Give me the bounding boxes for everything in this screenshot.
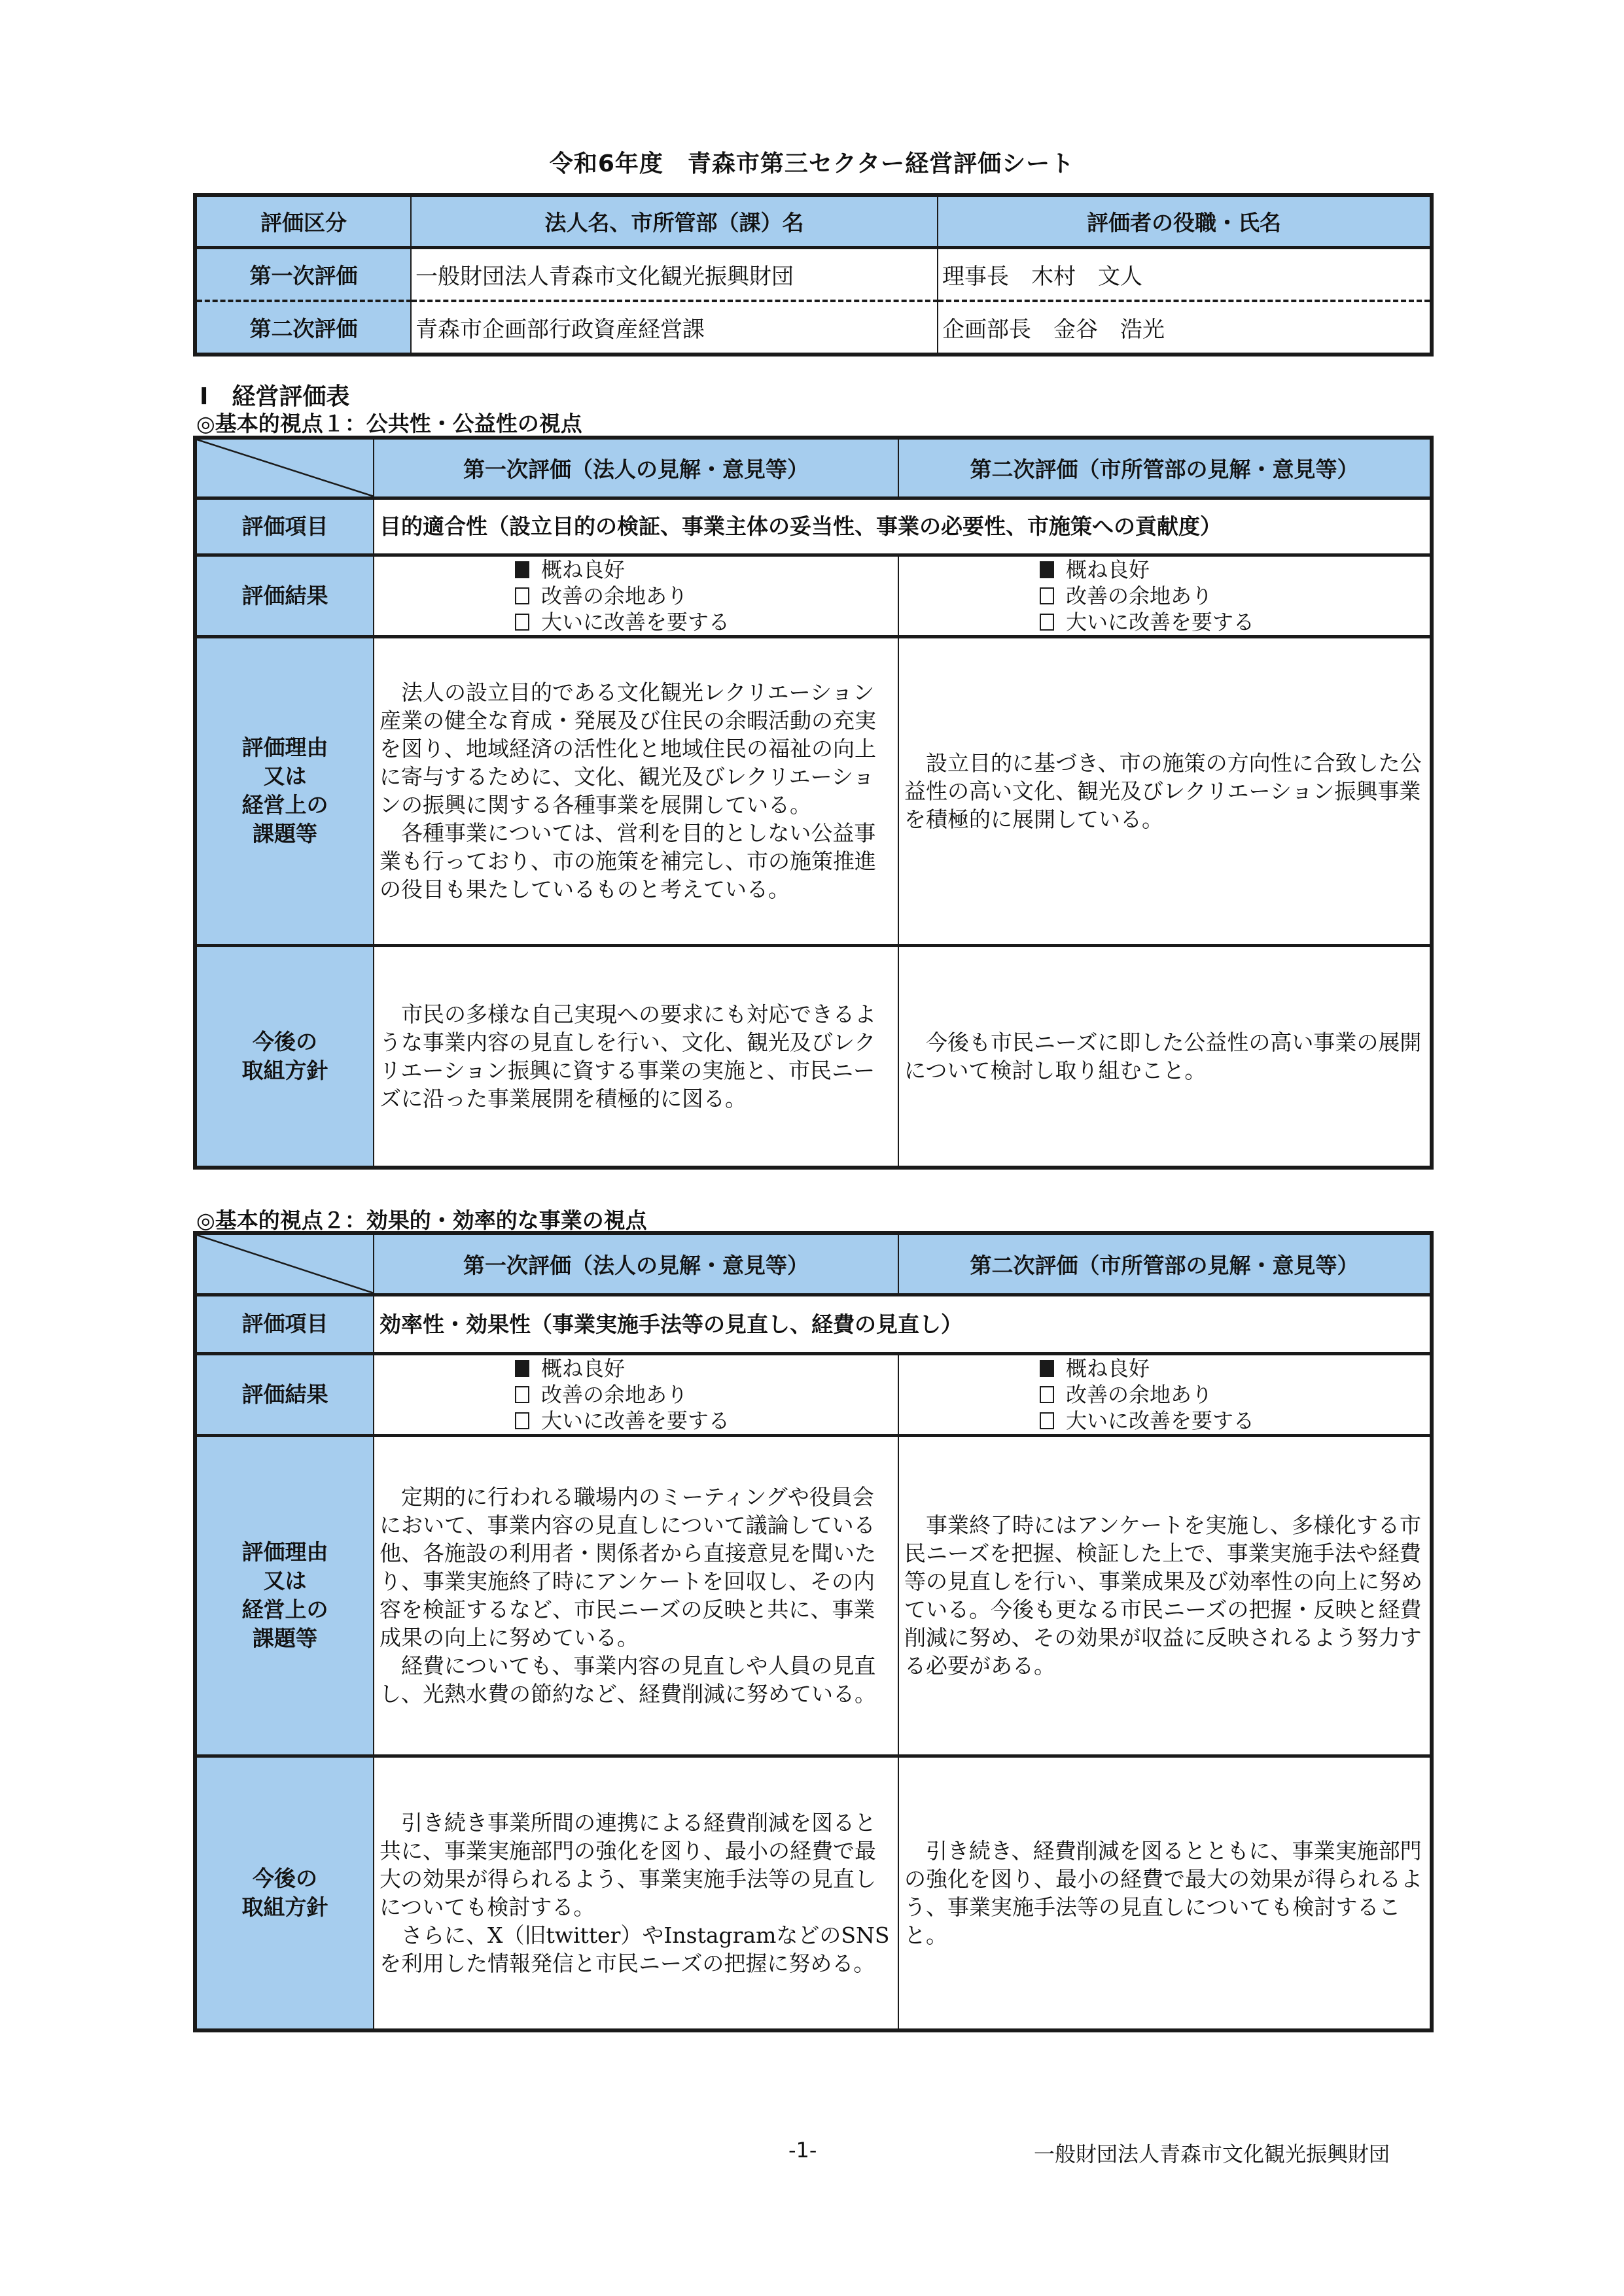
- checked-box-icon: [1040, 1360, 1054, 1377]
- column-header-second: 第二次評価（市所管部の見解・意見等）: [898, 438, 1432, 498]
- header-evaluator: 評価者の役職・氏名: [938, 195, 1432, 247]
- option-good[interactable]: 概ね良好: [1040, 1355, 1430, 1382]
- option-room-for-improvement[interactable]: 改善の余地あり: [515, 583, 898, 609]
- result-first: 概ね良好 改善の余地あり 大いに改善を要する: [374, 1353, 898, 1435]
- unchecked-box-icon: [1040, 587, 1054, 604]
- evaluator-row: 第二次評価 青森市企画部行政資産経営課 企画部長 金谷 浩光: [195, 301, 1432, 355]
- evaluator-row: 第一次評価 一般財団法人青森市文化観光振興財団 理事長 木村 文人: [195, 247, 1432, 301]
- reason-first: 定期的に行われる職場内のミーティングや役員会において、事業内容の見直しについて議…: [374, 1435, 898, 1756]
- evaluation-item: 効率性・効果性（事業実施手法等の見直し、経費の見直し）: [374, 1295, 1432, 1353]
- policy-first: 引き続き事業所間の連携による経費削減を図ると共に、事業実施部門の強化を図り、最小…: [374, 1756, 898, 2030]
- option-needs-major-improvement[interactable]: 大いに改善を要する: [1040, 609, 1430, 635]
- reason-second: 設立目的に基づき、市の施策の方向性に合致した公益性の高い文化、観光及びレクリエー…: [898, 636, 1432, 945]
- document-title: 令和6年度 青森市第三セクター経営評価シート: [0, 145, 1624, 179]
- column-header-second: 第二次評価（市所管部の見解・意見等）: [898, 1233, 1432, 1295]
- footer-organization: 一般財団法人青森市文化観光振興財団: [1034, 2138, 1390, 2168]
- option-good[interactable]: 概ね良好: [515, 557, 898, 583]
- header-category: 評価区分: [195, 195, 411, 247]
- diagonal-line-icon: [197, 440, 373, 496]
- organization-first: 一般財団法人青森市文化観光振興財団: [411, 247, 938, 301]
- evaluator-first: 理事長 木村 文人: [938, 247, 1432, 301]
- row-label-item: 評価項目: [195, 498, 374, 555]
- checked-box-icon: [515, 561, 529, 578]
- column-header-first: 第一次評価（法人の見解・意見等）: [374, 438, 898, 498]
- reason-first: 法人の設立目的である文化観光レクリエーション産業の健全な育成・発展及び住民の余暇…: [374, 636, 898, 945]
- evaluator-table: 評価区分 法人名、市所管部（課）名 評価者の役職・氏名 第一次評価 一般財団法人…: [193, 193, 1434, 357]
- diagonal-line-icon: [197, 1235, 373, 1293]
- option-room-for-improvement[interactable]: 改善の余地あり: [1040, 583, 1430, 609]
- page-number: -1-: [788, 2138, 817, 2163]
- viewpoint-2-heading: ◎基本的視点２：効果的・効率的な事業の視点: [196, 1204, 647, 1234]
- corner-cell: [195, 1233, 374, 1295]
- row-label-result: 評価結果: [195, 1353, 374, 1435]
- option-room-for-improvement[interactable]: 改善の余地あり: [1040, 1382, 1430, 1408]
- viewpoint-1-heading: ◎基本的視点１：公共性・公益性の視点: [196, 407, 582, 438]
- evaluation-item: 目的適合性（設立目的の検証、事業主体の妥当性、事業の必要性、市施策への貢献度）: [374, 498, 1432, 555]
- category-second: 第二次評価: [195, 301, 411, 355]
- column-header-first: 第一次評価（法人の見解・意見等）: [374, 1233, 898, 1295]
- option-good[interactable]: 概ね良好: [515, 1355, 898, 1382]
- unchecked-box-icon: [1040, 614, 1054, 631]
- policy-first: 市民の多様な自己実現への要求にも対応できるような事業内容の見直しを行い、文化、観…: [374, 945, 898, 1168]
- result-first: 概ね良好 改善の余地あり 大いに改善を要する: [374, 555, 898, 636]
- checked-box-icon: [1040, 561, 1054, 578]
- unchecked-box-icon: [515, 1386, 529, 1403]
- policy-second: 引き続き、経費削減を図るとともに、事業実施部門の強化を図り、最小の経費で最大の効…: [898, 1756, 1432, 2030]
- row-label-reason: 評価理由 又は 経営上の 課題等: [195, 1435, 374, 1756]
- row-label-reason: 評価理由 又は 経営上の 課題等: [195, 636, 374, 945]
- row-label-policy: 今後の 取組方針: [195, 945, 374, 1168]
- viewpoint-2-table: 第一次評価（法人の見解・意見等） 第二次評価（市所管部の見解・意見等） 評価項目…: [193, 1231, 1434, 2032]
- unchecked-box-icon: [1040, 1412, 1054, 1429]
- unchecked-box-icon: [515, 614, 529, 631]
- option-needs-major-improvement[interactable]: 大いに改善を要する: [515, 609, 898, 635]
- option-needs-major-improvement[interactable]: 大いに改善を要する: [1040, 1408, 1430, 1434]
- row-label-item: 評価項目: [195, 1295, 374, 1353]
- option-needs-major-improvement[interactable]: 大いに改善を要する: [515, 1408, 898, 1434]
- category-first: 第一次評価: [195, 247, 411, 301]
- unchecked-box-icon: [515, 1412, 529, 1429]
- result-second: 概ね良好 改善の余地あり 大いに改善を要する: [898, 1353, 1432, 1435]
- organization-second: 青森市企画部行政資産経営課: [411, 301, 938, 355]
- viewpoint-1-table: 第一次評価（法人の見解・意見等） 第二次評価（市所管部の見解・意見等） 評価項目…: [193, 436, 1434, 1170]
- header-organization: 法人名、市所管部（課）名: [411, 195, 938, 247]
- policy-second: 今後も市民ニーズに即した公益性の高い事業の展開について検討し取り組むこと。: [898, 945, 1432, 1168]
- checked-box-icon: [515, 1360, 529, 1377]
- row-label-result: 評価結果: [195, 555, 374, 636]
- row-label-policy: 今後の 取組方針: [195, 1756, 374, 2030]
- option-good[interactable]: 概ね良好: [1040, 557, 1430, 583]
- corner-cell: [195, 438, 374, 498]
- unchecked-box-icon: [1040, 1386, 1054, 1403]
- result-second: 概ね良好 改善の余地あり 大いに改善を要する: [898, 555, 1432, 636]
- reason-second: 事業終了時にはアンケートを実施し、多様化する市民ニーズを把握、検証した上で、事業…: [898, 1435, 1432, 1756]
- unchecked-box-icon: [515, 587, 529, 604]
- option-room-for-improvement[interactable]: 改善の余地あり: [515, 1382, 898, 1408]
- evaluator-second: 企画部長 金谷 浩光: [938, 301, 1432, 355]
